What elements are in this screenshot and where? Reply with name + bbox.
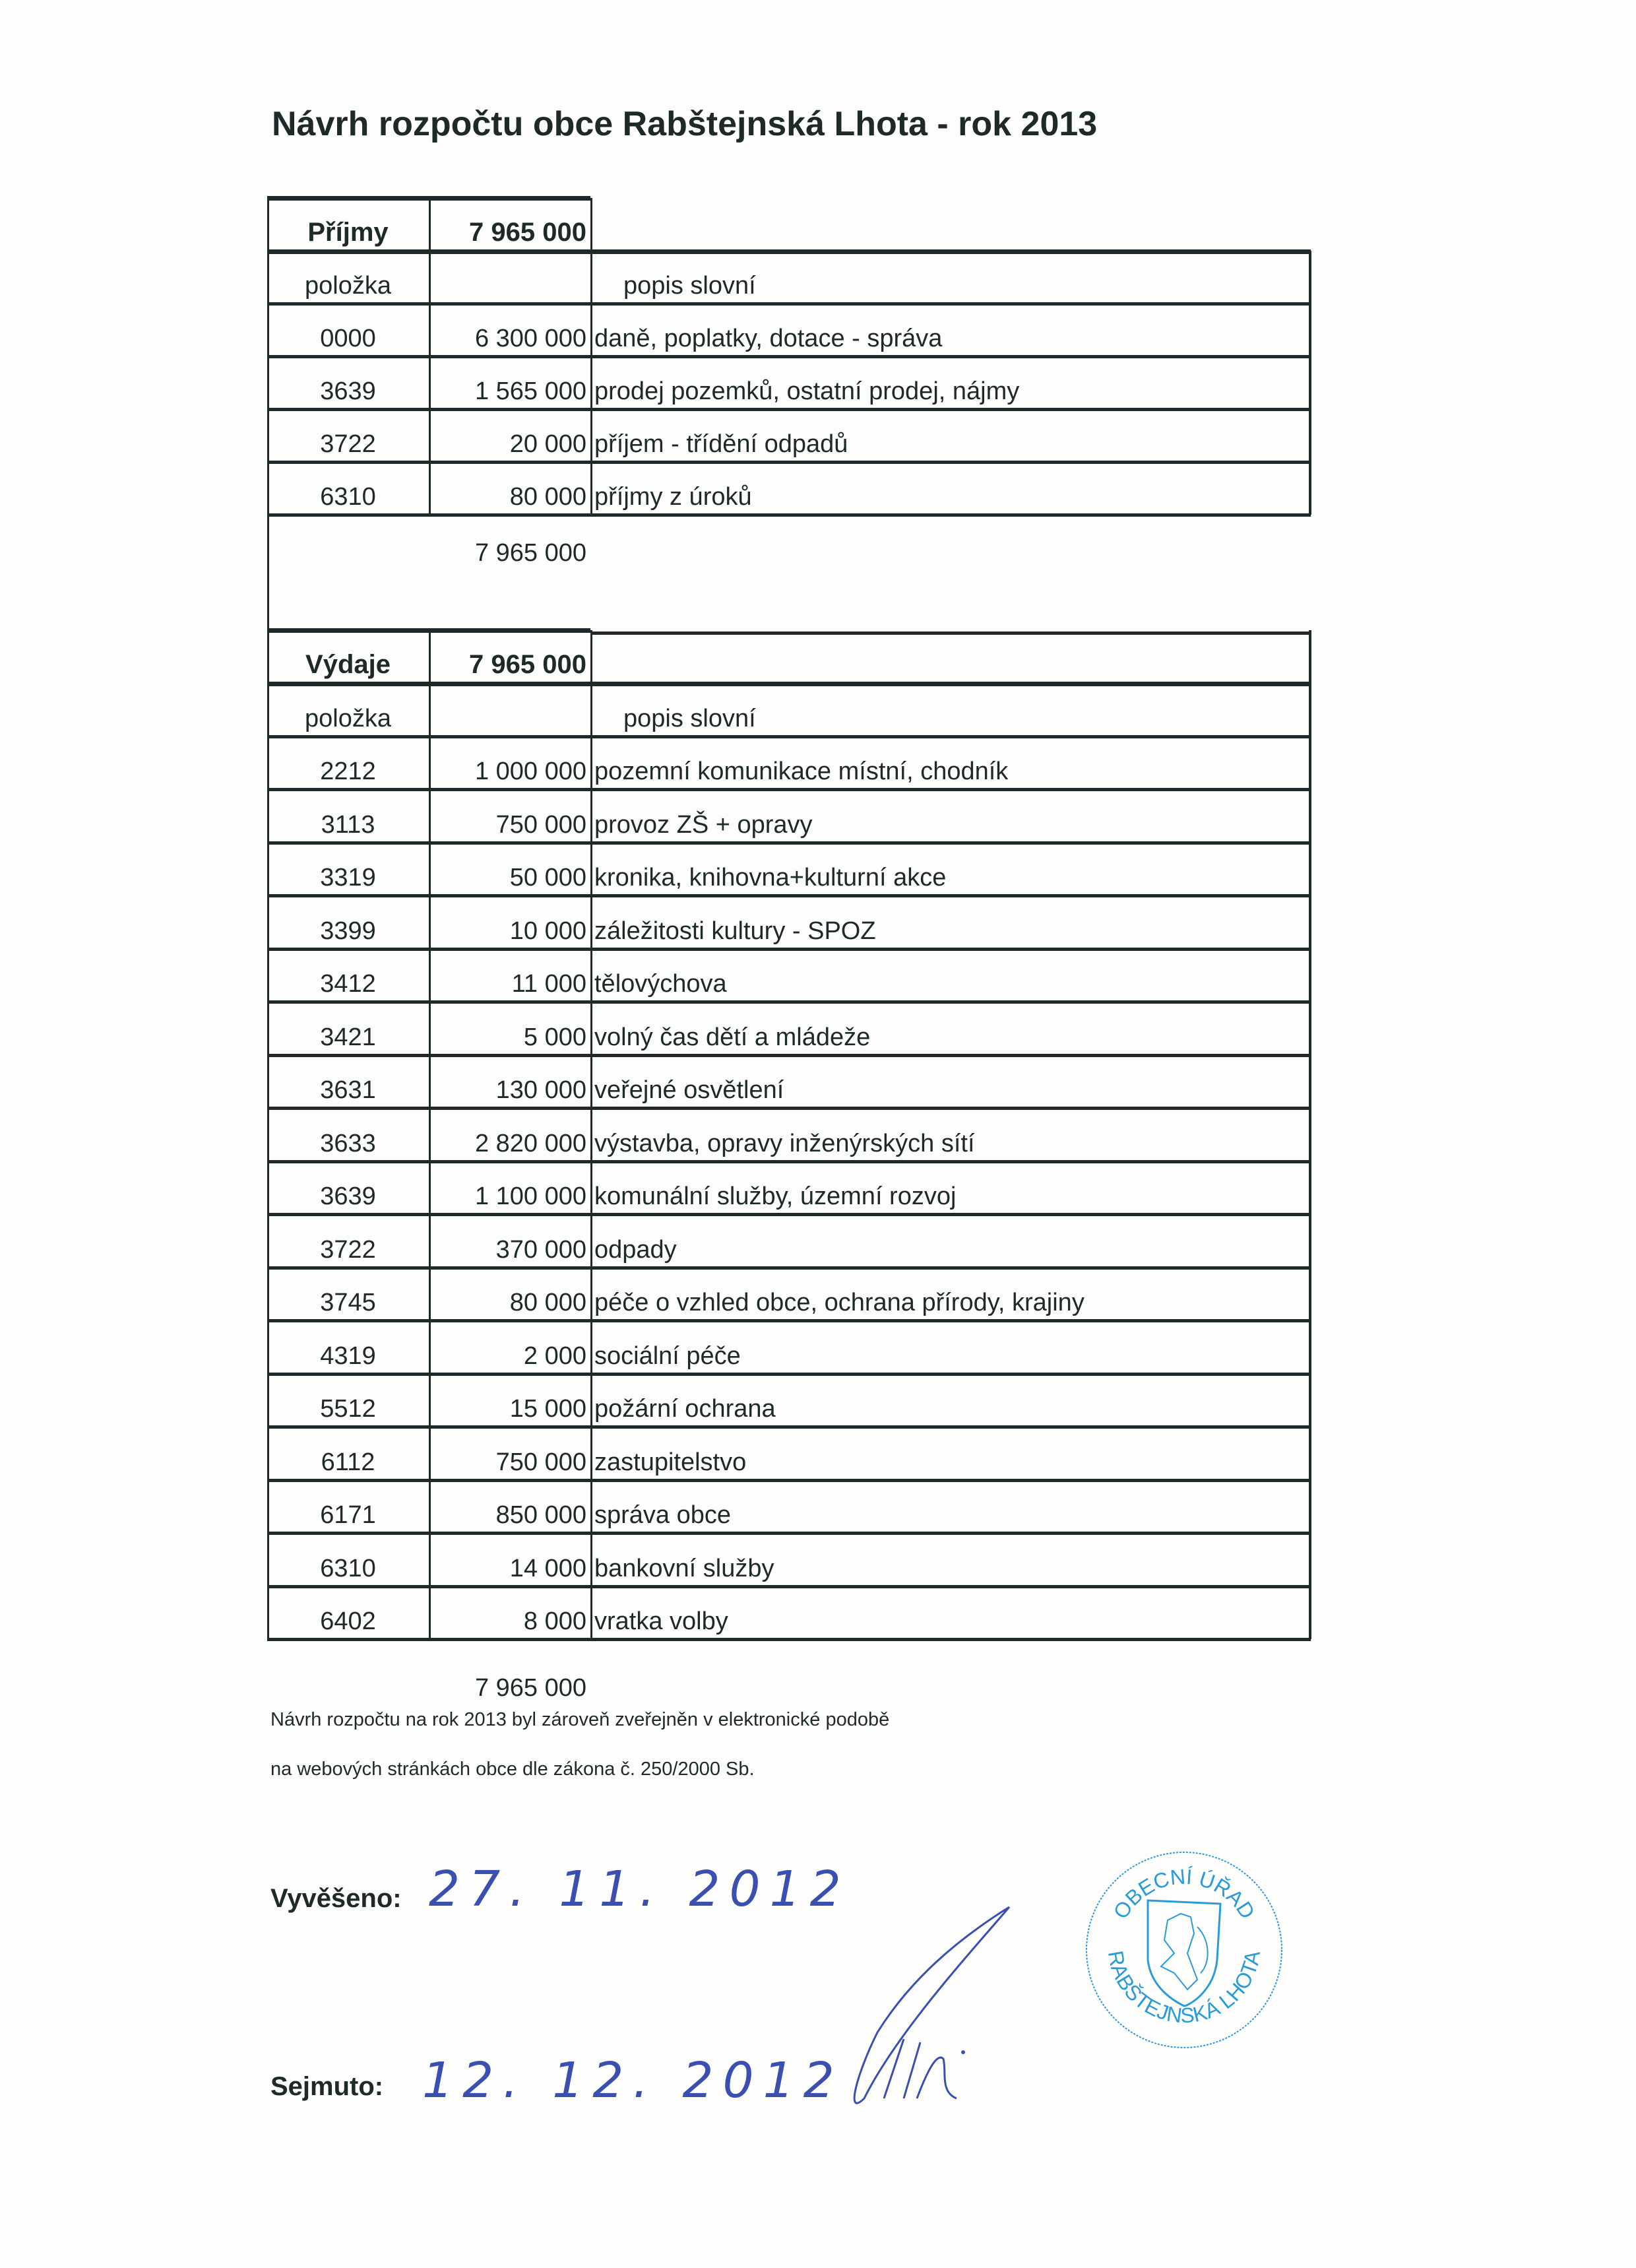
row-description: veřejné osvětlení xyxy=(590,1055,1311,1109)
row-code: 6112 xyxy=(267,1427,429,1480)
row-code: 6310 xyxy=(267,462,429,515)
row-description: správa obce xyxy=(590,1480,1311,1534)
row-code: 3421 xyxy=(267,1002,429,1055)
table-row: 374580 000péče o vzhled obce, ochrana př… xyxy=(267,1268,1311,1321)
table-row: 43192 000sociální péče xyxy=(267,1320,1311,1374)
row-amount: 2 000 xyxy=(429,1320,590,1374)
table-rule xyxy=(267,1638,1311,1641)
posted-date-handwritten: 27. 11. 2012 xyxy=(429,1861,850,1918)
signature xyxy=(805,1900,1029,2112)
row-description: záležitosti kultury - SPOZ xyxy=(590,895,1311,949)
row-amount: 80 000 xyxy=(429,1268,590,1321)
row-description: odpady xyxy=(590,1214,1311,1268)
row-amount: 50 000 xyxy=(429,843,590,896)
table-rule xyxy=(267,513,1311,517)
posted-label: Vyvěšeno: xyxy=(270,1884,402,1914)
row-code: 0000 xyxy=(267,304,429,356)
row-code: 3631 xyxy=(267,1055,429,1109)
row-description: požární ochrana xyxy=(590,1374,1311,1427)
expenses-header-total: 7 965 000 xyxy=(429,630,590,683)
row-amount: 850 000 xyxy=(429,1480,590,1534)
row-description: sociální péče xyxy=(590,1320,1311,1374)
table-rule xyxy=(590,198,592,515)
table-row: 631080 000příjmy z úroků xyxy=(267,462,1311,515)
publication-note-line1: Návrh rozpočtu na rok 2013 byl zároveň z… xyxy=(270,1709,889,1731)
income-table: Příjmy7 965 000položkapopis slovní00006 … xyxy=(267,198,1311,620)
row-amount: 80 000 xyxy=(429,462,590,515)
row-amount: 130 000 xyxy=(429,1055,590,1109)
row-description: bankovní služby xyxy=(590,1533,1311,1586)
expenses-header-label: Výdaje xyxy=(267,630,429,683)
row-description: příjem - třídění odpadů xyxy=(590,409,1311,462)
row-amount: 14 000 xyxy=(429,1533,590,1586)
row-description: vratka volby xyxy=(590,1586,1311,1640)
row-description: daně, poplatky, dotace - správa xyxy=(590,304,1311,356)
row-code: 6402 xyxy=(267,1586,429,1640)
row-code: 3722 xyxy=(267,409,429,462)
row-amount: 2 820 000 xyxy=(429,1108,590,1161)
table-row: 631014 000bankovní služby xyxy=(267,1533,1311,1586)
table-rule xyxy=(590,630,592,1639)
row-amount: 750 000 xyxy=(429,789,590,843)
row-amount: 20 000 xyxy=(429,409,590,462)
row-description: komunální služby, územní rozvoj xyxy=(590,1161,1311,1215)
row-code: 3412 xyxy=(267,949,429,1002)
table-row: 34215 000volný čas dětí a mládeže xyxy=(267,1002,1311,1055)
row-description: tělovýchova xyxy=(590,949,1311,1002)
table-row: 6171850 000správa obce xyxy=(267,1480,1311,1534)
expenses-column-header-row: položkapopis slovní xyxy=(267,683,1311,736)
row-code: 3722 xyxy=(267,1214,429,1268)
removed-date-handwritten: 12. 12. 2012 xyxy=(422,2052,844,2109)
row-description: příjmy z úroků xyxy=(590,462,1311,515)
table-row: 551215 000požární ochrana xyxy=(267,1374,1311,1427)
row-description: péče o vzhled obce, ochrana přírody, kra… xyxy=(590,1268,1311,1321)
row-amount: 6 300 000 xyxy=(429,304,590,356)
column-header-code: položka xyxy=(267,683,429,736)
table-row: 341211 000tělovýchova xyxy=(267,949,1311,1002)
row-amount: 5 000 xyxy=(429,1002,590,1055)
row-code: 6171 xyxy=(267,1480,429,1534)
table-row: 6112750 000zastupitelstvo xyxy=(267,1427,1311,1480)
table-row: 3722370 000odpady xyxy=(267,1214,1311,1268)
income-sum: 7 965 000 xyxy=(429,518,590,571)
income-header-total: 7 965 000 xyxy=(429,198,590,251)
row-amount: 10 000 xyxy=(429,895,590,949)
row-code: 3113 xyxy=(267,789,429,843)
table-row: 00006 300 000daně, poplatky, dotace - sp… xyxy=(267,304,1311,356)
table-row: 36391 100 000komunální služby, územní ro… xyxy=(267,1161,1311,1215)
svg-text:RABŠTEJNSKÁ LHOTA: RABŠTEJNSKÁ LHOTA xyxy=(1104,1949,1265,2027)
column-header-description: popis slovní xyxy=(590,683,1311,736)
row-amount: 750 000 xyxy=(429,1427,590,1480)
table-row: 372220 000příjem - třídění odpadů xyxy=(267,409,1311,462)
row-description: provoz ZŠ + opravy xyxy=(590,789,1311,843)
table-row: 339910 000záležitosti kultury - SPOZ xyxy=(267,895,1311,949)
row-code: 3319 xyxy=(267,843,429,896)
official-stamp: OBECNÍ ÚŘAD RABŠTEJNSKÁ LHOTA xyxy=(1082,1848,1286,2052)
income-header-label: Příjmy xyxy=(267,198,429,251)
row-description: zastupitelstvo xyxy=(590,1427,1311,1480)
row-amount: 8 000 xyxy=(429,1586,590,1640)
row-code: 5512 xyxy=(267,1374,429,1427)
row-amount: 370 000 xyxy=(429,1214,590,1268)
row-code: 6310 xyxy=(267,1533,429,1586)
table-rule xyxy=(429,198,431,515)
expenses-sum: 7 965 000 xyxy=(429,1652,590,1706)
table-row: 3631130 000veřejné osvětlení xyxy=(267,1055,1311,1109)
row-amount: 1 565 000 xyxy=(429,356,590,409)
table-row: 36332 820 000výstavba, opravy inženýrský… xyxy=(267,1108,1311,1161)
publication-note-line2: na webových stránkách obce dle zákona č.… xyxy=(270,1759,755,1780)
table-rule xyxy=(429,630,431,1639)
column-header-description: popis slovní xyxy=(590,251,1311,304)
income-header-row: Příjmy7 965 000 xyxy=(267,198,1311,251)
row-code: 3639 xyxy=(267,356,429,409)
row-code: 3633 xyxy=(267,1108,429,1161)
income-column-header-row: položkapopis slovní xyxy=(267,251,1311,304)
removed-label: Sejmuto: xyxy=(270,2072,383,2102)
table-row: 331950 000kronika, knihovna+kulturní akc… xyxy=(267,843,1311,896)
row-code: 3639 xyxy=(267,1161,429,1215)
row-description: výstavba, opravy inženýrských sítí xyxy=(590,1108,1311,1161)
row-amount: 11 000 xyxy=(429,949,590,1002)
column-header-code: položka xyxy=(267,251,429,304)
table-row: 64028 000vratka volby xyxy=(267,1586,1311,1640)
row-code: 3745 xyxy=(267,1268,429,1321)
row-description: pozemní komunikace místní, chodník xyxy=(590,736,1311,790)
row-description: volný čas dětí a mládeže xyxy=(590,1002,1311,1055)
table-rule xyxy=(1309,630,1311,1639)
row-code: 3399 xyxy=(267,895,429,949)
table-row: 3113750 000provoz ZŠ + opravy xyxy=(267,789,1311,843)
expenses-table: Výdaje7 965 000položkapopis slovní22121 … xyxy=(267,630,1311,1660)
row-code: 2212 xyxy=(267,736,429,790)
row-amount: 1 100 000 xyxy=(429,1161,590,1215)
coat-of-arms-shield-icon xyxy=(1148,1900,1220,2006)
table-rule xyxy=(1309,251,1311,515)
table-row: 22121 000 000pozemní komunikace místní, … xyxy=(267,736,1311,790)
expenses-header-row: Výdaje7 965 000 xyxy=(267,630,1311,683)
row-code: 4319 xyxy=(267,1320,429,1374)
expenses-total-row: 7 965 000 xyxy=(267,1652,1311,1706)
table-row: 36391 565 000prodej pozemků, ostatní pro… xyxy=(267,356,1311,409)
row-description: prodej pozemků, ostatní prodej, nájmy xyxy=(590,356,1311,409)
table-rule xyxy=(590,632,1311,635)
row-description: kronika, knihovna+kulturní akce xyxy=(590,843,1311,896)
row-amount: 1 000 000 xyxy=(429,736,590,790)
row-amount: 15 000 xyxy=(429,1374,590,1427)
document-title: Návrh rozpočtu obce Rabštejnská Lhota - … xyxy=(272,104,1097,144)
stamp-bottom-text: RABŠTEJNSKÁ LHOTA xyxy=(1104,1949,1265,2027)
income-total-row: 7 965 000 xyxy=(267,518,1311,571)
table-rule xyxy=(267,628,269,1639)
